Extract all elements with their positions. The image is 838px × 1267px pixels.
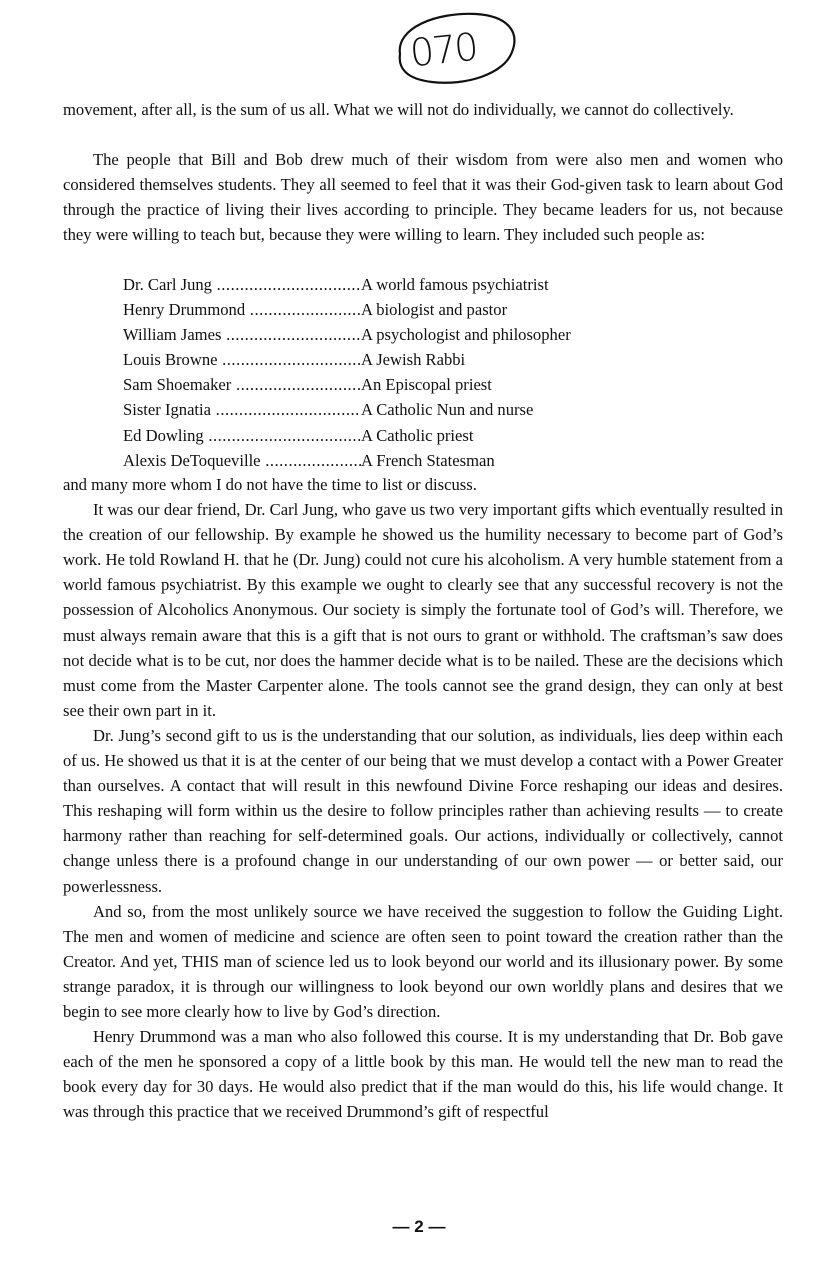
students-text: The people that Bill and Bob drew much o… [63, 147, 783, 247]
after-list-text: and many more whom I do not have the tim… [63, 472, 783, 497]
person-description: An Episcopal priest [361, 372, 492, 397]
list-item: Dr. Carl JungA world famous psychiatrist [123, 272, 571, 297]
person-name: Sister Ignatia [123, 397, 361, 422]
person-name: Henry Drummond [123, 297, 361, 322]
list-item: Sister IgnatiaA Catholic Nun and nurse [123, 397, 571, 422]
paragraph-jung-first-gift: It was our dear friend, Dr. Carl Jung, w… [63, 497, 783, 723]
paragraph-jung-second-gift: Dr. Jung’s second gift to us is the unde… [63, 723, 783, 899]
people-list: Dr. Carl JungA world famous psychiatrist… [123, 272, 571, 473]
person-description: A French Statesman [361, 448, 495, 473]
person-description: A Catholic Nun and nurse [361, 397, 533, 422]
paragraph-drummond: Henry Drummond was a man who also follow… [63, 1024, 783, 1124]
person-name: William James [123, 322, 361, 347]
person-name: Dr. Carl Jung [123, 272, 361, 297]
person-name: Sam Shoemaker [123, 372, 361, 397]
opening-paragraph: movement, after all, is the sum of us al… [63, 97, 783, 122]
person-description: A world famous psychiatrist [361, 272, 549, 297]
person-description: A Jewish Rabbi [361, 347, 465, 372]
person-description: A biologist and pastor [361, 297, 507, 322]
body-text: and many more whom I do not have the tim… [63, 472, 783, 1124]
person-name: Alexis DeToqueville [123, 448, 361, 473]
list-item: William JamesA psychologist and philosop… [123, 322, 571, 347]
person-name: Ed Dowling [123, 423, 361, 448]
person-name: Louis Browne [123, 347, 361, 372]
list-item: Henry DrummondA biologist and pastor [123, 297, 571, 322]
paragraph-guiding-light: And so, from the most unlikely source we… [63, 899, 783, 1024]
handwritten-page-stamp: 070 [386, 8, 522, 90]
stamp-number: 070 [408, 25, 479, 76]
opening-text: movement, after all, is the sum of us al… [63, 97, 783, 122]
person-description: A Catholic priest [361, 423, 473, 448]
list-item: Ed DowlingA Catholic priest [123, 423, 571, 448]
person-description: A psychologist and philosopher [361, 322, 571, 347]
list-item: Sam ShoemakerAn Episcopal priest [123, 372, 571, 397]
list-item: Louis BrowneA Jewish Rabbi [123, 347, 571, 372]
list-item: Alexis DeToquevilleA French Statesman [123, 448, 571, 473]
students-paragraph: The people that Bill and Bob drew much o… [63, 147, 783, 247]
page-number: — 2 — [0, 1217, 838, 1237]
